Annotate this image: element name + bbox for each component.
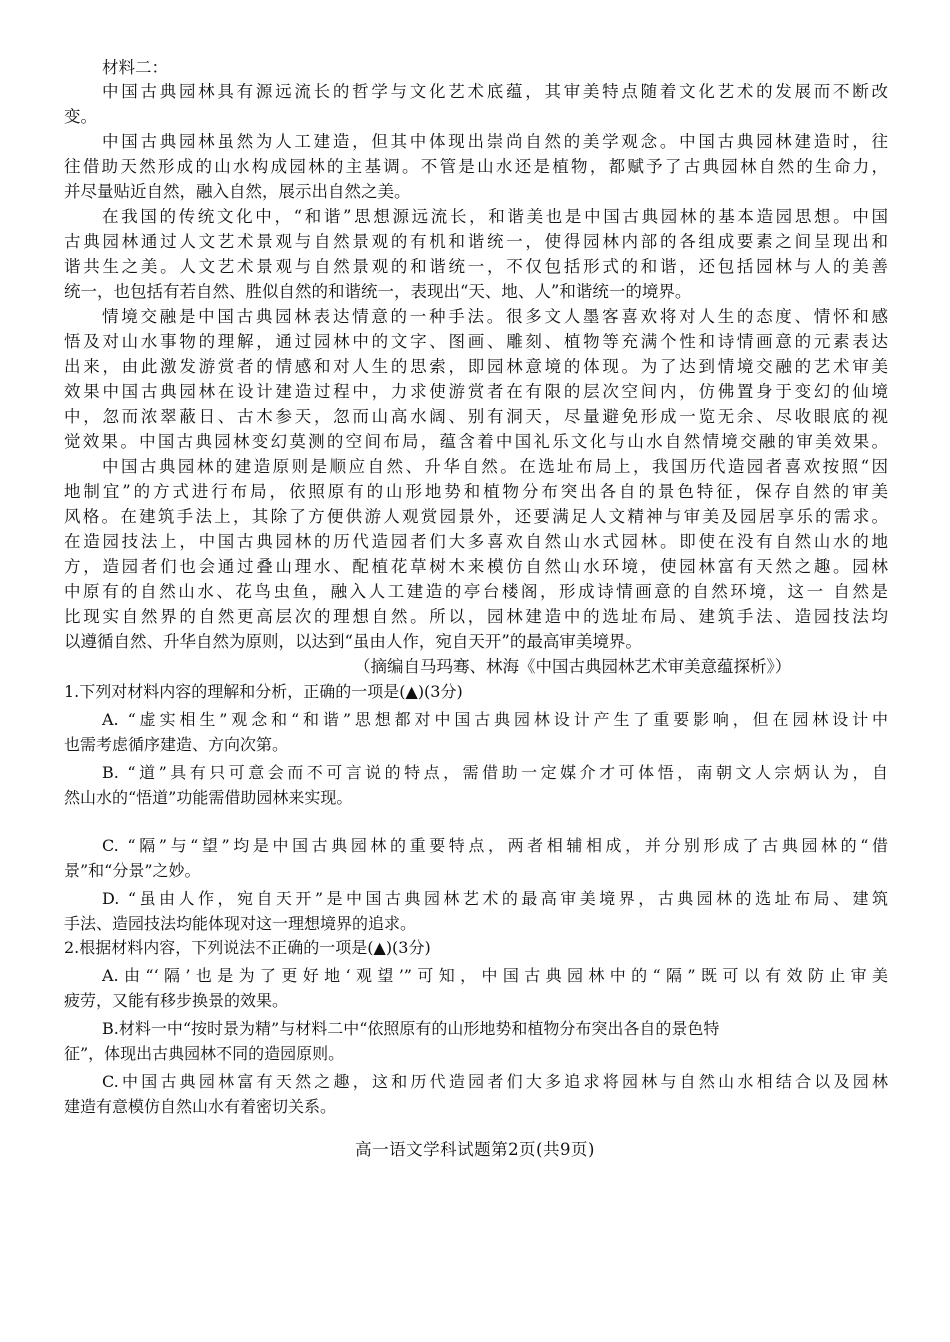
paragraph-line: 中国古典园林虽然为人工建造，但其中体现出崇尚自然的美学观念。中国古典园林建造时，… (102, 130, 888, 154)
option-line: 也需考虑循序建造、方向次第。 (64, 733, 888, 757)
paragraph-line: 中国古典园林具有源远流长的哲学与文化艺术底蕴，其审美特点随着文化艺术的发展而不断… (102, 80, 888, 104)
paragraph-line: 方，造园者们也会通过叠山理水、配植花草树木来模仿自然山水环境，使园林富有天然之趣… (64, 555, 888, 579)
source-citation: （摘编自马玛骞、林海《中国古典园林艺术审美意蕴探析》） (354, 655, 894, 679)
option-line: D. “虽由人作，宛自天开”是中国古典园林艺术的最高审美境界，古典园林的选址布局… (102, 887, 888, 911)
exam-page: 材料二： 中国古典园林具有源远流长的哲学与文化艺术底蕴，其审美特点随着文化艺术的… (0, 0, 950, 1342)
option-line: 然山水的“悟道”功能需借助园林来实现。 (64, 786, 888, 810)
paragraph-line: 中国古典园林的建造原则是顺应自然、升华自然。在选址布局上，我国历代造园者喜欢按照… (102, 455, 888, 479)
paragraph-line: 地制宜”的方式进行布局，依照原有的山形地势和植物分布突出各自的景色特征，保存自然… (64, 480, 888, 504)
option-line: 疲劳，又能有移步换景的效果。 (64, 989, 888, 1013)
option-line: B. “道”具有只可意会而不可言说的特点，需借助一定媒介才可体悟，南朝文人宗炳认… (102, 761, 888, 785)
paragraph-line: 谐共生之美。人文艺术景观与自然景观的和谐统一，不仅包括形式的和谐，还包括园林与人… (64, 255, 888, 279)
paragraph-line: 比现实自然界的自然更高层次的理想自然。所以，园林建造中的选址布局、建筑手法、造园… (64, 605, 888, 629)
paragraph-line: 悟及对山水事物的理解，通过园林中的文字、图画、雕刻、植物等充满个性和诗情画意的元… (64, 330, 888, 354)
paragraph-line: 情境交融是中国古典园林表达情意的一种手法。很多文人墨客喜欢将对人生的态度、情怀和… (102, 305, 888, 329)
paragraph-line: 统一，也包括有若自然、胜似自然的和谐统一，表现出“天、地、人”和谐统一的境界。 (64, 280, 888, 304)
option-line: 建造有意模仿自然山水有着密切关系。 (64, 1095, 888, 1119)
paragraph-line: 在造园技法上，中国古典园林的历代造园者们大多喜欢自然山水式园林。即使在没有自然山… (64, 530, 888, 554)
paragraph-line: 效果中国古典园林在设计建造过程中，力求使游赏者在有限的层次空间内，仿佛置身于变幻… (64, 380, 888, 404)
paragraph-line: 在我国的传统文化中，“和谐”思想源远流长，和谐美也是中国古典园林的基本造园思想。… (102, 205, 888, 229)
option-line: A.由“‘隔’也是为了更好地‘观望’”可知，中国古典园林中的“隔”既可以有效防止… (102, 964, 888, 988)
material-title: 材料二： (102, 56, 888, 80)
question-stem: 2.根据材料内容，下列说法不正确的一项是(▲)(3分) (64, 936, 888, 960)
paragraph-line: 中，忽而浓翠蔽日、古木参天，忽而山高水阔、别有洞天，尽量避免形成一览无余、尽收眼… (64, 405, 888, 429)
paragraph-line: 往借助天然形成的山水构成园林的主基调。不管是山水还是植物，都赋予了古典园林自然的… (64, 155, 888, 179)
question-stem: 1.下列对材料内容的理解和分析，正确的一项是(▲)(3分) (64, 680, 888, 704)
paragraph-line: 中原有的自然山水、花鸟虫鱼，融入人工建造的亭台楼阁，形成诗情画意的自然环境，这一… (64, 580, 888, 604)
paragraph-line: 出来，由此激发游赏者的情感和对人生的思索，即园林意境的体现。为了达到情境交融的艺… (64, 355, 888, 379)
option-line: 手法、造园技法均能体现对这一理想境界的追求。 (64, 912, 888, 936)
option-line: A. “虚实相生”观念和“和谐”思想都对中国古典园林设计产生了重要影响，但在园林… (102, 708, 888, 732)
paragraph-line: 古典园林通过人文艺术景观与自然景观的有机和谐统一，使得园林内部的各组成要素之间呈… (64, 230, 888, 254)
paragraph-line: 以遵循自然、升华自然为原则，以达到“虽由人作，宛自天开”的最高审美境界。 (64, 630, 888, 654)
option-line: 景”和“分景”之妙。 (64, 859, 888, 883)
paragraph-line: 并尽量贴近自然，融入自然，展示出自然之美。 (64, 180, 888, 204)
paragraph-line: 风格。在建筑手法上，其除了方便供游人观赏园景外，还要满足人文精神与审美及园居享乐… (64, 505, 888, 529)
option-line: 征”，体现出古典园林不同的造园原则。 (64, 1042, 888, 1066)
option-line: C. “隔”与“望”均是中国古典园林的重要特点，两者相辅相成，并分别形成了古典园… (102, 834, 888, 858)
paragraph-line: 变。 (64, 105, 888, 129)
option-line: C.中国古典园林富有天然之趣，这和历代造园者们大多追求将园林与自然山水相结合以及… (102, 1070, 888, 1094)
option-line: B.材料一中“按时景为精”与材料二中“依照原有的山形地势和植物分布突出各自的景色… (102, 1017, 802, 1041)
page-footer: 高一语文学科试题第2页(共9页) (0, 1136, 950, 1160)
paragraph-line: 觉效果。中国古典园林变幻莫测的空间布局，蕴含着中国礼乐文化与山水自然情境交融的审… (64, 430, 888, 454)
